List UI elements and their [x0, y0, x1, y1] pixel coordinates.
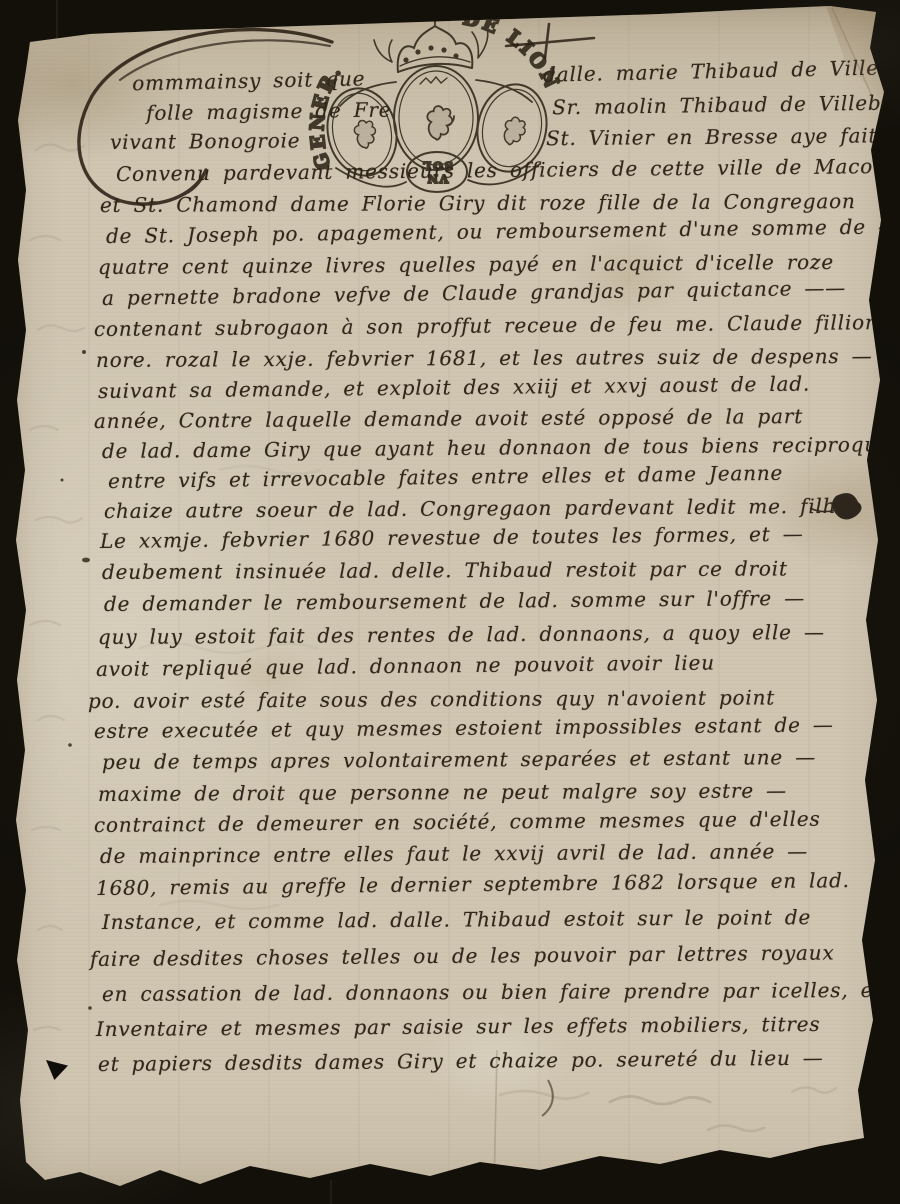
manuscript-line: contrainct de demeurer en société, comme…: [94, 807, 821, 838]
manuscript-line: avoit repliqué que lad. donnaon ne pouvo…: [96, 651, 715, 682]
manuscript-line: peu de temps apres volontairement separé…: [102, 745, 816, 775]
manuscript-line: de mainprince entre elles faut le xxvij …: [100, 839, 808, 869]
manuscript-line: Instance, et comme lad. dalle. Thibaud e…: [102, 905, 811, 935]
manuscript-line: de St. Joseph po. apagement, ou rembours…: [106, 214, 899, 249]
manuscript-line: a pernette bradone vefve de Claude grand…: [102, 276, 846, 311]
manuscript-line: Le xxmje. febvrier 1680 revestue de tout…: [100, 522, 804, 554]
manuscript-line-left: folle magisme de Fre: [146, 98, 392, 126]
manuscript-line: suivant sa demande, et exploit des xxiij…: [98, 372, 810, 404]
manuscript-line: chaize autre soeur de lad. Congregaon pa…: [104, 494, 857, 524]
manuscript-line: quy luy estoit fait des rentes de lad. d…: [98, 620, 825, 650]
manuscript-line: de demander le remboursement de lad. som…: [104, 586, 805, 617]
manuscript-line-right: St. Vinier en Bresse aye fait —: [546, 123, 900, 151]
manuscript-line: entre vifs et irrevocable faites entre e…: [108, 461, 783, 494]
manuscript-line: vivant BonogroieSt. Vinier en Bresse aye…: [0, 123, 900, 131]
manuscript-line: 1680, remis au greffe le dernier septemb…: [96, 868, 850, 901]
manuscript-line: de lad. dame Giry que ayant heu donnaon …: [102, 432, 891, 464]
manuscript-line: Inventaire et mesmes par saisie sur les …: [96, 1012, 821, 1042]
manuscript-line-right: Sr. maolin Thibaud de Villebon: [552, 90, 900, 120]
manuscript-text-layer: ommmainsy soit quedalle. marie Thibaud d…: [0, 0, 900, 1204]
manuscript-line-left: vivant Bonogroie: [110, 128, 301, 155]
backdrop-seam: [330, 1180, 332, 1204]
manuscript-line: ommmainsy soit quedalle. marie Thibaud d…: [0, 55, 900, 74]
manuscript-line: faire desdites choses telles ou de les p…: [90, 941, 835, 972]
manuscript-line: contenant subrogaon à son proffut receue…: [94, 310, 879, 342]
manuscript-line-left: ommmainsy soit que: [132, 66, 366, 96]
manuscript-line: année, Contre laquelle demande avoit est…: [94, 404, 803, 434]
manuscript-line: nore. rozal le xxje. febvrier 1681, et l…: [96, 344, 873, 373]
manuscript-paper: VN SOL GENER. DE LION: [0, 0, 900, 1204]
manuscript-line: estre executée et quy mesmes estoient im…: [94, 713, 834, 744]
manuscript-line: po. avoir esté faite sous des conditions…: [88, 685, 775, 714]
manuscript-line: et papiers desdits dames Giry et chaize …: [98, 1046, 824, 1077]
manuscript-line: quatre cent quinze livres quelles payé e…: [98, 250, 834, 280]
manuscript-line: deubement insinuée lad. delle. Thibaud r…: [102, 556, 788, 585]
manuscript-line: maxime de droit que personne ne peut mal…: [98, 778, 787, 807]
manuscript-line: en cassation de lad. donnaons ou bien fa…: [102, 978, 900, 1007]
photo-of-manuscript: { "stamp": { "arc_text_left": "GENER.", …: [0, 0, 900, 1204]
manuscript-line: et St. Chamond dame Florie Giry dit roze…: [100, 189, 856, 218]
manuscript-line: Convenu pardevant messieurs les officier…: [116, 154, 900, 187]
